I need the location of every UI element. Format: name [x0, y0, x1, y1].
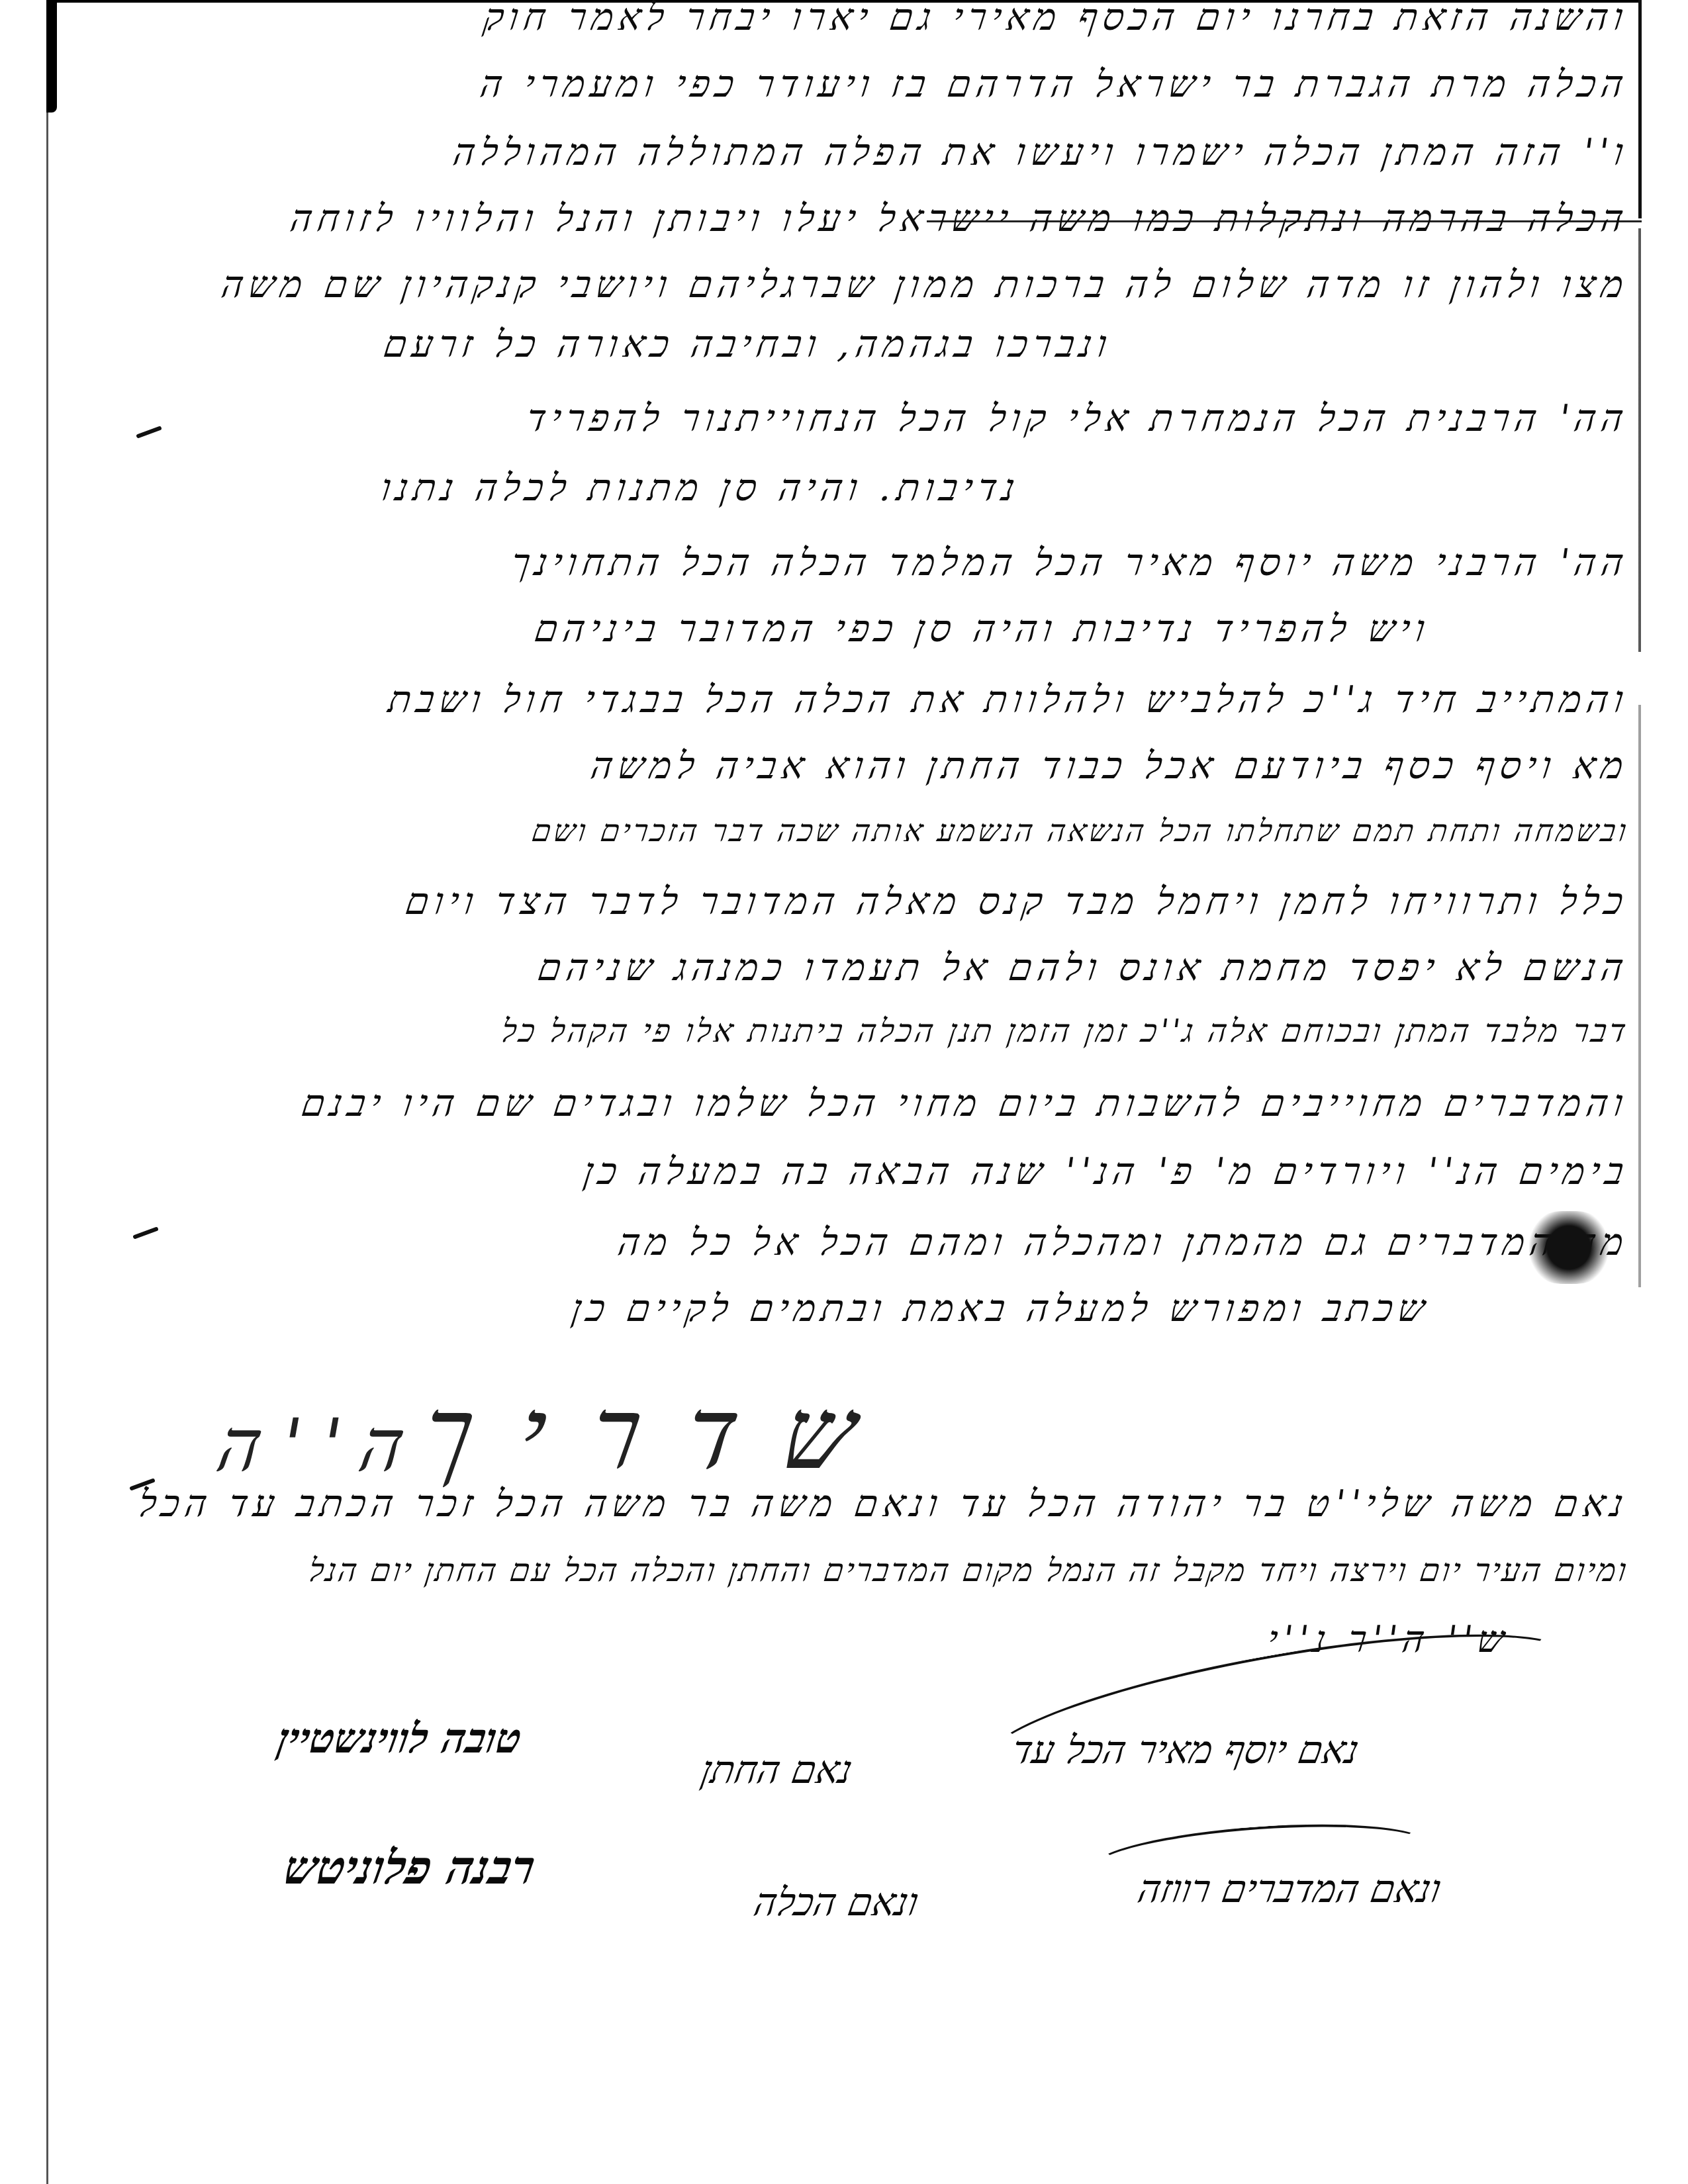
text-line: הכלה בהרמה ונתקלות כמו משה יישראל יעלו ו…	[287, 197, 1631, 240]
text-line: והשנה הזאת בחרנו יום הכסף מאירי גם יארו …	[481, 0, 1632, 39]
margin-flourish	[132, 1226, 159, 1239]
text-line: בימים הנ'' ויורדים מ' פ' הנ'' שנה הבאה ב…	[581, 1150, 1631, 1193]
text-line: דבר מלבד המתן ובכוחם אלה ג''כ זמן הזמן ת…	[499, 1013, 1631, 1050]
text-line: ונברכו בגהמה, ובחיבה כאורה כל זרעם	[381, 323, 1115, 366]
text-line: שכתב ומפורש למעלה באמת ובתמים לקיים כן	[569, 1287, 1433, 1330]
text-line: הנשם לא יפסד מחמת אונס ולהם אל תעמדו כמנ…	[536, 946, 1632, 989]
signature-witness-yosef-meir: נאם יוסף מאיר הכל עד	[1009, 1727, 1362, 1772]
corner-ink-mark	[46, 0, 57, 113]
closing-line: נאם משה שלי''ט בר יהודה הכל עד ונאם משה …	[136, 1482, 1632, 1525]
signature-bride: ונאם הכלה	[751, 1880, 922, 1925]
signature-groom: נאם החתן	[698, 1747, 856, 1792]
right-page-edge	[1638, 0, 1642, 218]
signature-rabbi: רבנה פלוניטש	[280, 1840, 539, 1895]
text-line: הכלה מרת הגברת בר ישראל הדרהם בז ויעודר …	[477, 63, 1631, 106]
text-line: ו'' הזה המתן הכלה ישמרו ויעשו את הפלה המ…	[450, 131, 1631, 174]
ink-smudge	[1529, 1211, 1609, 1284]
text-line: מצו ולהון זו מדה שלום לה ברכות ממון שברג…	[218, 263, 1631, 306]
text-line: מא ויסף כסף ביודעם אכל כבוד החתן והוא אב…	[588, 745, 1632, 788]
text-line: הה' הרבני משה יוסף מאיר הכל המלמד הכלה ה…	[508, 541, 1631, 584]
margin-flourish	[136, 426, 162, 438]
right-page-edge-lower	[1638, 228, 1641, 1287]
large-signature: שדריך	[414, 1377, 911, 1492]
text-line: והמדברים מחוייבים להשבות ביום מחוי הכל ש…	[299, 1082, 1632, 1125]
text-line: מה המדברים גם מהמתן ומהכלה ומהם הכל אל כ…	[615, 1221, 1631, 1264]
text-line: הה' הרבנית הכל הנמחרת אלי קול הכל הנחויי…	[524, 397, 1631, 440]
closing-line: ומיום העיר יום וירצה ויחד מקבל זה הנמל מ…	[307, 1552, 1631, 1589]
left-page-edge	[46, 0, 48, 2184]
text-line: ויש להפריד נדיבות והיה סן כפי המדובר בינ…	[532, 608, 1432, 651]
text-line: כלל ותרוויחו לחמן ויחמל מבד קנס מאלה המד…	[403, 880, 1632, 923]
text-line: והמתייב חיד ג''כ להלביש ולהלוות את הכלה …	[385, 678, 1631, 721]
signature-tova: טובה לווינשטיין	[273, 1714, 525, 1763]
text-line: נדיבות. והיה סן מתנות לכלה נתנו	[378, 467, 1022, 510]
large-signature-prefix: ה''ה	[211, 1403, 431, 1488]
manuscript-page: והשנה הזאת בחרנו יום הכסף מאירי גם יארו …	[0, 0, 1688, 2184]
text-line: ובשמחה ותחת תמם שתחלתו הכל הנשאה הנשמע א…	[530, 813, 1631, 848]
